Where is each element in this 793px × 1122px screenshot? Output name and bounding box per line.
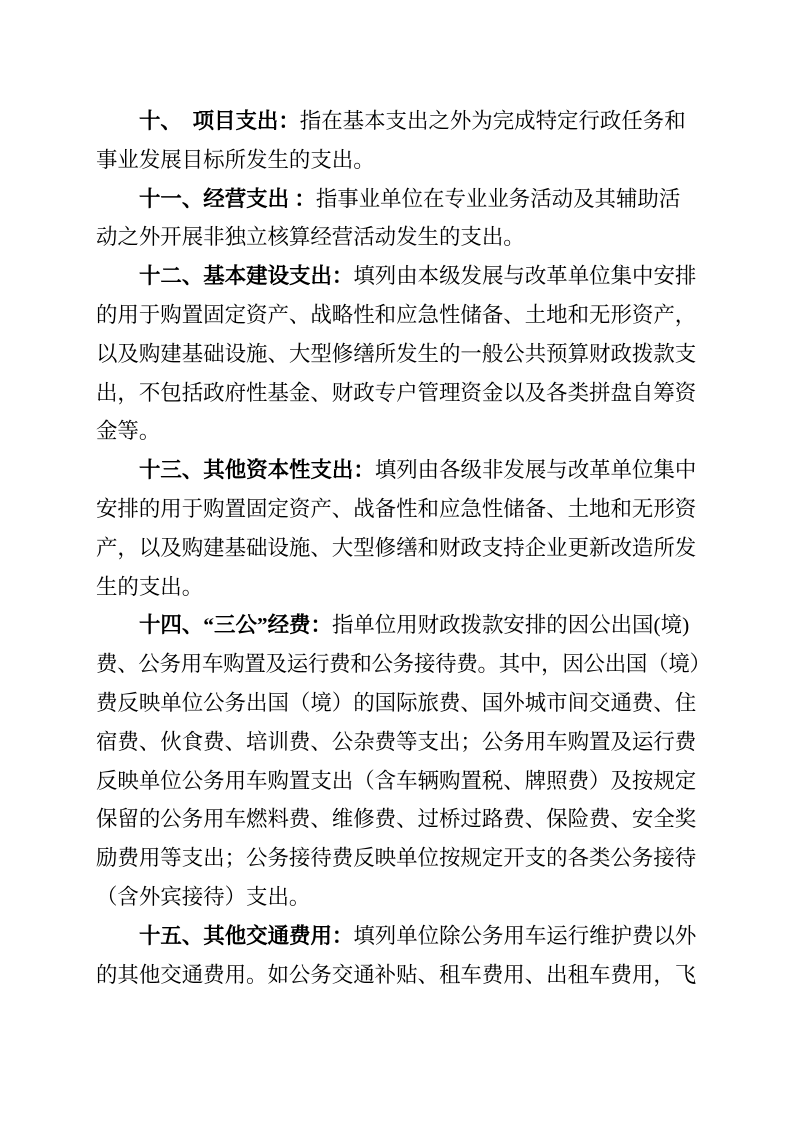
section-heading-line: 十、 项目支出：指在基本支出之外为完成特定行政任务和 (96, 102, 697, 141)
text-line: 产，以及购建基础设施、大型修缮和财政支持企业更新改造所发 (96, 529, 697, 568)
section-heading: 十一、经营支出 ： (139, 187, 316, 211)
text-line: 费反映单位公务出国（境）的国际旅费、国外城市间交通费、住 (96, 684, 697, 723)
text-line: 生的支出。 (96, 568, 697, 607)
text-line: 事业发展目标所发生的支出。 (96, 141, 697, 180)
text-line: （含外宾接待）支出。 (96, 878, 697, 917)
section-heading-line: 十三、其他资本性支出：填列由各级非发展与改革单位集中 (96, 451, 697, 490)
text-line: 保留的公务用车燃料费、维修费、过桥过路费、保险费、安全奖 (96, 800, 697, 839)
text-line: 的用于购置固定资产、战略性和应急性储备、土地和无形资产， (96, 296, 697, 335)
section-heading: 十三、其他资本性支出： (139, 458, 375, 482)
text-line: 出，不包括政府性基金、财政专户管理资金以及各类拼盘自筹资 (96, 374, 697, 413)
section-heading-line: 十二、基本建设支出：填列由本级发展与改革单位集中安排 (96, 257, 697, 296)
text-line: 费、公务用车购置及运行费和公务接待费。其中，因公出国（境） (96, 645, 697, 684)
text-line: 金等。 (96, 412, 697, 451)
text-line: 安排的用于购置固定资产、战备性和应急性储备、土地和无形资 (96, 490, 697, 529)
text-line: 动之外开展非独立核算经营活动发生的支出。 (96, 218, 697, 257)
section-heading: 十、 项目支出： (139, 109, 300, 133)
text-line: 的其他交通费用。如公务交通补贴、租车费用、出租车费用，飞 (96, 956, 697, 995)
section-heading: 十二、基本建设支出： (139, 264, 353, 288)
text-line: 反映单位公务用车购置支出（含车辆购置税、牌照费）及按规定 (96, 762, 697, 801)
section-heading-line: 十四、“三公”经费：指单位用财政拨款安排的因公出国(境) (96, 606, 697, 645)
section-heading: 十五、其他交通费用： (139, 924, 353, 948)
text-line: 宿费、伙食费、培训费、公杂费等支出；公务用车购置及运行费 (96, 723, 697, 762)
section-heading: 十四、“三公”经费： (139, 613, 332, 637)
document-text: 十、 项目支出：指在基本支出之外为完成特定行政任务和事业发展目标所发生的支出。十… (96, 102, 697, 994)
section-heading-line: 十五、其他交通费用：填列单位除公务用车运行维护费以外 (96, 917, 697, 956)
section-heading-line: 十一、经营支出 ：指事业单位在专业业务活动及其辅助活 (96, 180, 697, 219)
document-page: 十、 项目支出：指在基本支出之外为完成特定行政任务和事业发展目标所发生的支出。十… (0, 0, 793, 1122)
text-line: 以及购建基础设施、大型修缮所发生的一般公共预算财政拨款支 (96, 335, 697, 374)
text-line: 励费用等支出；公务接待费反映单位按规定开支的各类公务接待 (96, 839, 697, 878)
